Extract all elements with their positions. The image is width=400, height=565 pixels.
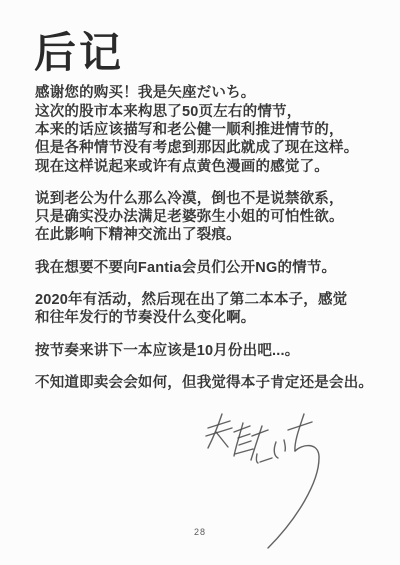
body-line: 和往年发行的节奏没什么变化啊。 (35, 309, 374, 327)
body-line: 只是确实没办法满足老婆弥生小姐的可怕性欲。 (35, 208, 374, 226)
paragraph: 我在想要不要向Fantia会员们公开NG的情节。 (35, 259, 374, 277)
body-line: 感谢您的购买！我是矢座だいち。 (35, 84, 374, 102)
afterword-page: 后记 感谢您的购买！我是矢座だいち。 这次的股市本来构思了50页左右的情节， 本… (0, 0, 400, 565)
body-line: 不知道即卖会会如何，但我觉得本子肯定还是会出。 (35, 374, 374, 392)
body-line: 2020年有活动，然后现在出了第二本本子，感觉 (35, 291, 374, 309)
body-line: 说到老公为什么那么冷漠，倒也不是说禁欲系， (35, 190, 374, 208)
body-line: 现在这样说起来或许有点黄色漫画的感觉了。 (35, 158, 374, 176)
paragraph: 2020年有活动，然后现在出了第二本本子，感觉 和往年发行的节奏没什么变化啊。 (35, 291, 374, 328)
body-line: 我在想要不要向Fantia会员们公开NG的情节。 (35, 259, 374, 277)
page-title: 后记 (34, 30, 400, 75)
afterword-body: 感谢您的购买！我是矢座だいち。 这次的股市本来构思了50页左右的情节， 本来的话… (35, 84, 374, 392)
body-line: 在此影响下精神交流出了裂痕。 (35, 226, 374, 244)
paragraph: 按节奏来讲下一本应该是10月份出吧...。 (35, 342, 374, 360)
body-line: 按节奏来讲下一本应该是10月份出吧...。 (35, 342, 374, 360)
paragraph: 说到老公为什么那么冷漠，倒也不是说禁欲系， 只是确实没办法满足老婆弥生小姐的可怕… (35, 190, 374, 245)
page-number: 28 (0, 527, 400, 537)
paragraph: 不知道即卖会会如何，但我觉得本子肯定还是会出。 (35, 374, 374, 392)
body-line: 这次的股市本来构思了50页左右的情节， (35, 103, 374, 121)
body-line: 本来的话应该描写和老公健一顺利推进情节的， (35, 121, 374, 139)
body-line: 但是各种情节没有考虑到那因此就成了现在这样。 (35, 139, 374, 157)
paragraph: 感谢您的购买！我是矢座だいち。 这次的股市本来构思了50页左右的情节， 本来的话… (35, 84, 374, 175)
